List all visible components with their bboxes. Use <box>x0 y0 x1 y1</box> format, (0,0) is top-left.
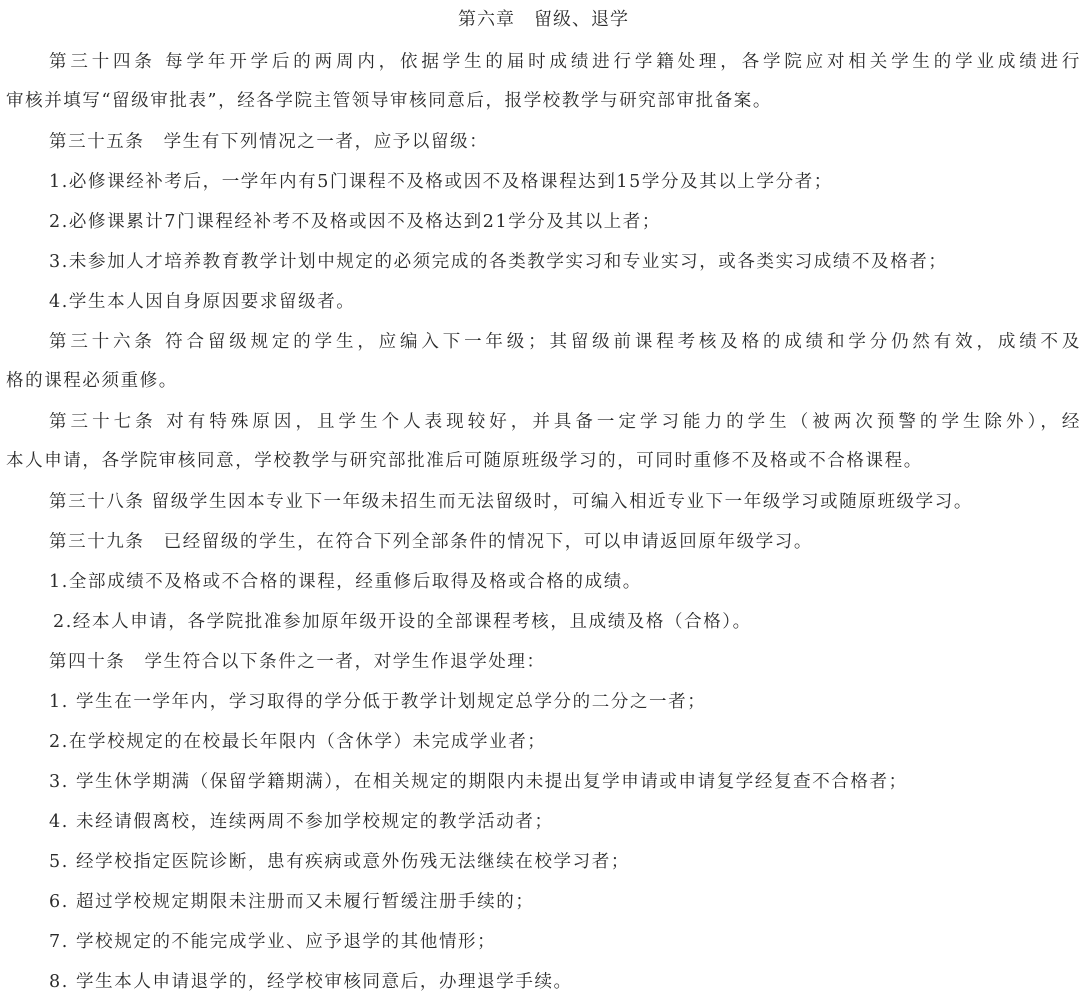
chapter-title: 第六章 留级、退学 <box>0 8 1087 32</box>
article-40-item-6: 6. 超过学校规定期限未注册而又未履行暂缓注册手续的； <box>0 890 1087 914</box>
article-40-item-2: 2.在学校规定的在校最长年限内（含休学）未完成学业者； <box>0 730 1087 754</box>
article-40-item-3: 3. 学生休学期满（保留学籍期满），在相关规定的期限内未提出复学申请或申请复学经… <box>0 770 1087 794</box>
article-36-line-1: 第三十六条 符合留级规定的学生，应编入下一年级；其留级前课程考核及格的成绩和学分… <box>0 330 1087 354</box>
article-39-item-1: 1.全部成绩不及格或不合格的课程，经重修后取得及格或合格的成绩。 <box>0 570 1087 594</box>
article-38: 第三十八条 留级学生因本专业下一年级未招生而无法留级时，可编入相近专业下一年级学… <box>0 490 1087 514</box>
article-35-item-4: 4.学生本人因自身原因要求留级者。 <box>0 290 1087 314</box>
article-37-line-1: 第三十七条 对有特殊原因，且学生个人表现较好，并具备一定学习能力的学生（被两次预… <box>0 410 1087 434</box>
article-40-item-7: 7. 学校规定的不能完成学业、应予退学的其他情形； <box>0 930 1087 954</box>
article-35-item-1: 1.必修课经补考后，一学年内有5门课程不及格或因不及格课程达到15学分及其以上学… <box>0 170 1087 194</box>
article-35-item-2: 2.必修课累计7门课程经补考不及格或因不及格达到21学分及其以上者； <box>0 210 1087 234</box>
article-40-item-8: 8. 学生本人申请退学的，经学校审核同意后，办理退学手续。 <box>0 970 1087 994</box>
article-37-line-2: 本人申请，各学院审核同意，学校教学与研究部批准后可随原班级学习的，可同时重修不及… <box>0 449 1087 473</box>
article-40-item-1: 1. 学生在一学年内，学习取得的学分低于教学计划规定总学分的二分之一者； <box>0 690 1087 714</box>
article-40-heading: 第四十条 学生符合以下条件之一者，对学生作退学处理： <box>0 650 1087 674</box>
article-39-item-2: 2.经本人申请，各学院批准参加原年级开设的全部课程考核，且成绩及格（合格）。 <box>0 610 1087 634</box>
article-34-line-1: 第三十四条 每学年开学后的两周内，依据学生的届时成绩进行学籍处理，各学院应对相关… <box>0 50 1087 74</box>
article-34-line-2: 审核并填写“留级审批表”，经各学院主管领导审核同意后，报学校教学与研究部审批备案… <box>0 89 1087 113</box>
article-39-heading: 第三十九条 已经留级的学生，在符合下列全部条件的情况下，可以申请返回原年级学习。 <box>0 530 1087 554</box>
article-40-item-5: 5. 经学校指定医院诊断，患有疾病或意外伤残无法继续在校学习者； <box>0 850 1087 874</box>
article-36-line-2: 格的课程必须重修。 <box>0 369 1087 393</box>
article-35-heading: 第三十五条 学生有下列情况之一者，应予以留级： <box>0 130 1087 154</box>
article-40-item-4: 4. 未经请假离校，连续两周不参加学校规定的教学活动者； <box>0 810 1087 834</box>
article-35-item-3: 3.未参加人才培养教育教学计划中规定的必须完成的各类教学实习和专业实习，或各类实… <box>0 250 1087 274</box>
